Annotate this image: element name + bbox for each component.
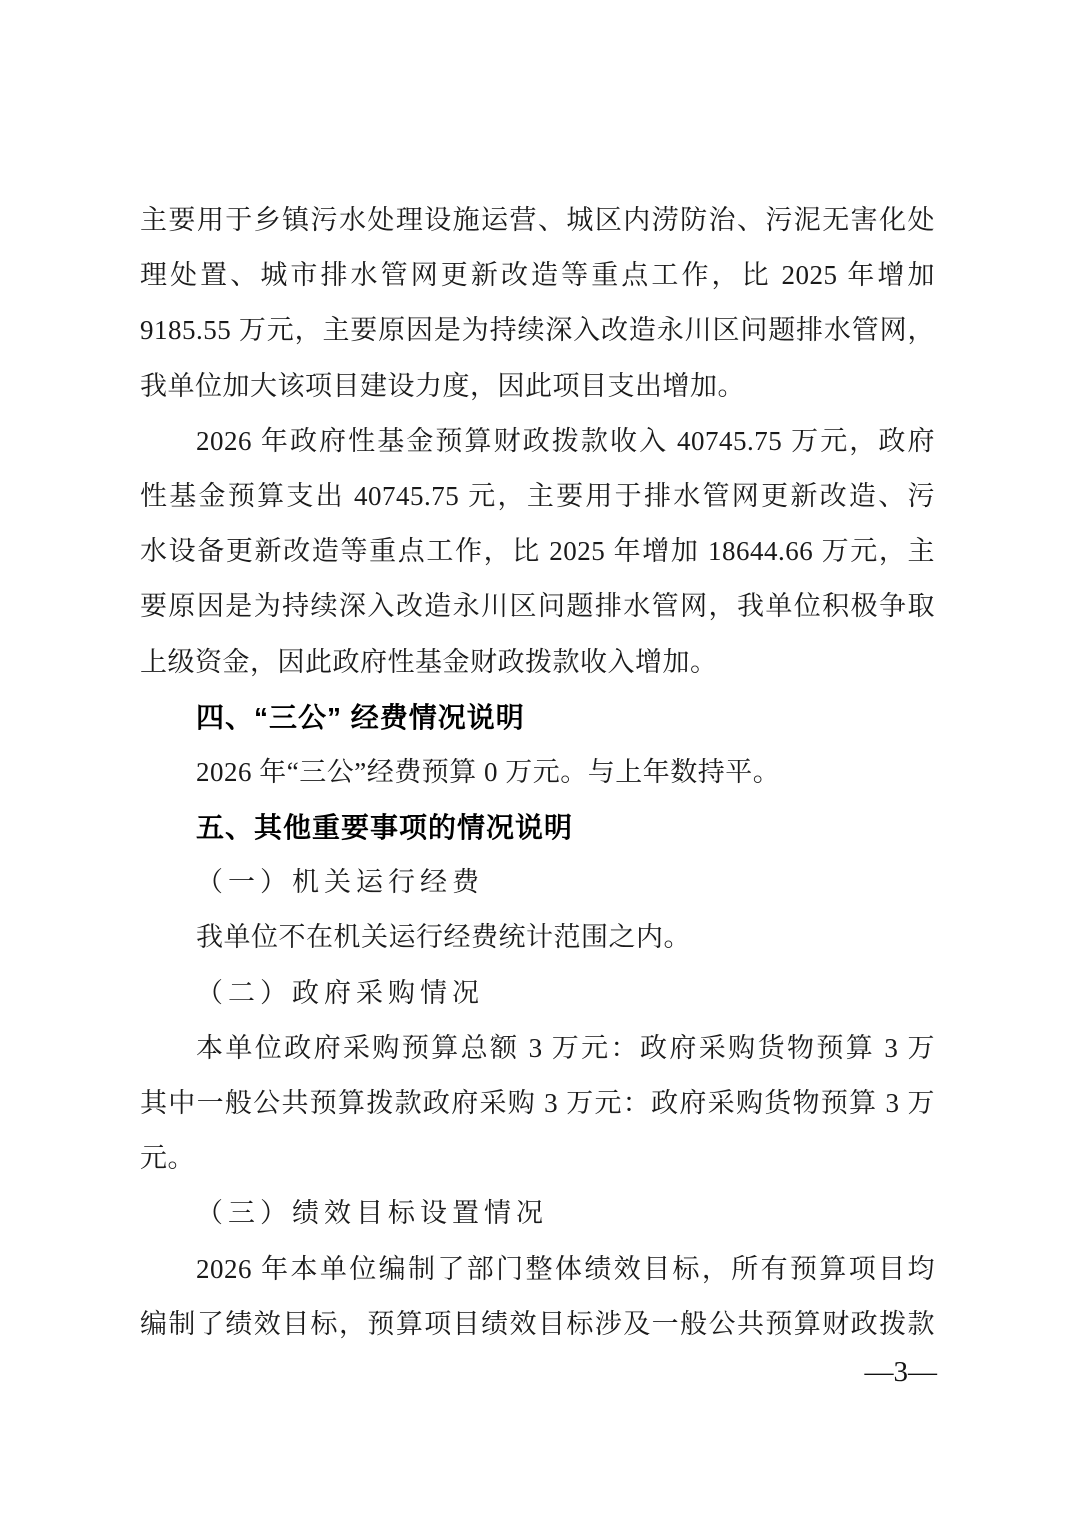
body-text-line: 编制了绩效目标，预算项目绩效目标涉及一般公共预算财政拨款	[140, 1297, 935, 1352]
body-text-line: 2026 年政府性基金预算财政拨款收入 40745.75 万元，政府	[140, 414, 935, 469]
subsection-heading-government-procurement: （二）政府采购情况	[140, 966, 935, 1021]
subsection-heading-agency-operating-costs: （一）机关运行经费	[140, 855, 935, 910]
body-text-line: 元。	[140, 1131, 935, 1186]
section-heading-three-public-funds: 四、“三公” 经费情况说明	[140, 690, 935, 745]
page-number: —3—	[865, 1354, 938, 1390]
body-text-line: 我单位加大该项目建设力度，因此项目支出增加。	[140, 359, 935, 414]
document-page: 主要用于乡镇污水处理设施运营、城区内涝防治、污泥无害化处 理处置、城市排水管网更…	[0, 0, 1074, 1520]
body-text-line: 性基金预算支出 40745.75 元，主要用于排水管网更新改造、污	[140, 469, 935, 524]
body-text-line: 上级资金，因此政府性基金财政拨款收入增加。	[140, 635, 935, 690]
body-text-line: 主要用于乡镇污水处理设施运营、城区内涝防治、污泥无害化处	[140, 193, 935, 248]
body-text-line: 要原因是为持续深入改造永川区问题排水管网，我单位积极争取	[140, 579, 935, 634]
body-text-line: 2026 年“三公”经费预算 0 万元。与上年数持平。	[140, 745, 935, 800]
body-text-line: 其中一般公共预算拨款政府采购 3 万元：政府采购货物预算 3 万	[140, 1076, 935, 1131]
body-text-line: 理处置、城市排水管网更新改造等重点工作，比 2025 年增加	[140, 248, 935, 303]
body-text-line: 2026 年本单位编制了部门整体绩效目标，所有预算项目均	[140, 1242, 935, 1297]
body-text-line: 9185.55 万元，主要原因是为持续深入改造永川区问题排水管网，	[140, 303, 935, 358]
document-body: 主要用于乡镇污水处理设施运营、城区内涝防治、污泥无害化处 理处置、城市排水管网更…	[140, 193, 935, 1352]
body-text-line: 水设备更新改造等重点工作，比 2025 年增加 18644.66 万元，主	[140, 524, 935, 579]
section-heading-other-important-matters: 五、其他重要事项的情况说明	[140, 800, 935, 855]
body-text-line: 本单位政府采购预算总额 3 万元：政府采购货物预算 3 万元，	[140, 1021, 935, 1076]
subsection-heading-performance-targets: （三）绩效目标设置情况	[140, 1186, 935, 1241]
body-text-line: 我单位不在机关运行经费统计范围之内。	[140, 910, 935, 965]
